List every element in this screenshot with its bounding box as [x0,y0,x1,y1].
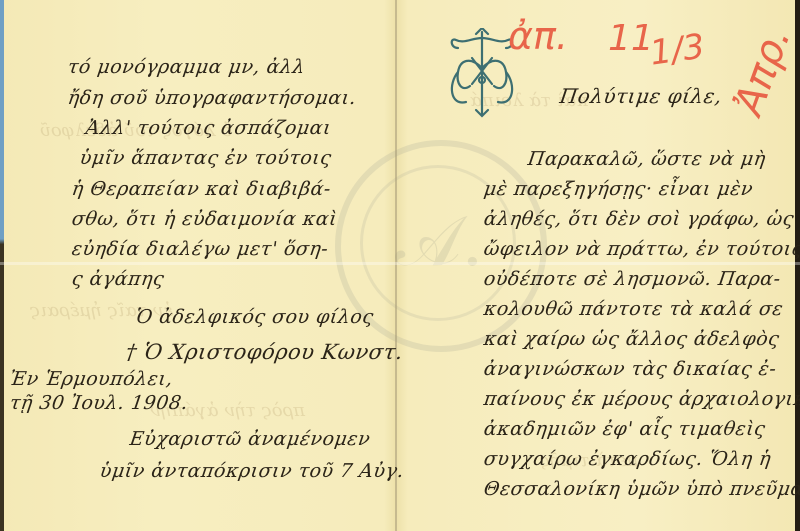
red-annotation-prefix: ἀπ. [508,14,568,58]
right-line-2: μὲ παρεξηγήσῃς· εἶναι μὲν [482,178,754,200]
right-line-6: κολουθῶ πάντοτε τὰ καλά σε [482,298,784,320]
left-page: τό μονόγραμμα μν, ἀλλ ἤδη σοῦ ὑπογραφαντ… [8,0,393,531]
right-line-4: ὤφειλον νὰ πράττω, ἐν τούτοις [482,238,800,260]
left-line-7: εὐηδία διαλέγω μετ' ὅση- [70,238,329,260]
left-line-8: ς ἀγάπης [70,268,165,290]
closing-line: Ὁ ἀδελφικός σου φίλος [134,306,375,328]
scan-border-right [795,0,800,531]
right-line-12: Θεσσαλονίκη ὑμῶν ὑπὸ πνεῦμα [482,478,800,500]
right-line-3: ἀληθές, ὅτι δὲν σοὶ γράφω, ὡς [482,208,795,230]
salutation: Πολύτιμε φίλε, [558,84,723,108]
right-line-7: καὶ χαίρω ὡς ἄλλος ἀδελφὸς [482,328,780,350]
right-page: ἀπ. 11 1/3 Ἀπρ. Πολύτιμε φίλε, Παρακαλῶ,… [400,0,793,531]
right-line-9: παίνους ἐκ μέρους ἀρχαιολογικῶν [482,388,800,410]
scan-border-left [0,0,4,531]
letter-date: τῇ 30 Ἰουλ. 1908. [8,392,189,414]
right-line-10: ἀκαδημιῶν ἐφ' αἷς τιμαθεὶς [482,418,767,440]
right-line-8: ἀναγινώσκων τὰς δικαίας ἐ- [482,358,777,380]
page-fold [395,0,397,531]
left-line-5: ἡ Θεραπείαν καὶ διαβιβά- [70,178,332,200]
red-annotation-fraction: 1/3 [647,26,707,73]
left-line-6: σθω, ὅτι ἡ εὐδαιμονία καὶ [70,208,338,230]
left-line-3: Ἀλλ' τούτοις ἀσπάζομαι [84,117,332,139]
signature: † Ὁ Χριστοφόρου Κωνστ. [124,340,404,364]
red-annotation-number: 11 [608,18,654,59]
letter-scan: ὁ λόγος τοῦ ἀδελφοῦ ἐν ταῖς ἡμέραις πρὸς… [0,0,800,531]
right-line-1: Παρακαλῶ, ὥστε νὰ μὴ [526,148,767,170]
letter-place: Ἐν Ἑρμουπόλει, [8,368,174,390]
red-annotation-note: Ἀπρ. [726,21,800,121]
left-line-1: τό μονόγραμμα μν, ἀλλ [66,56,306,78]
postscript-line-1: Εὐχαριστῶ ἀναμένομεν [128,428,371,450]
left-line-4: ὑμῖν ἅπαντας ἐν τούτοις [78,147,333,169]
left-line-2: ἤδη σοῦ ὑπογραφαντήσομαι. [66,87,357,109]
right-line-11: συγχαίρω ἐγκαρδίως. Ὅλη ἡ [482,448,772,470]
right-line-5: οὐδέποτε σὲ λησμονῶ. Παρα- [482,268,782,290]
postscript-line-2: ὑμῖν ἀνταπόκρισιν τοῦ 7 Αὐγ. [98,460,405,482]
